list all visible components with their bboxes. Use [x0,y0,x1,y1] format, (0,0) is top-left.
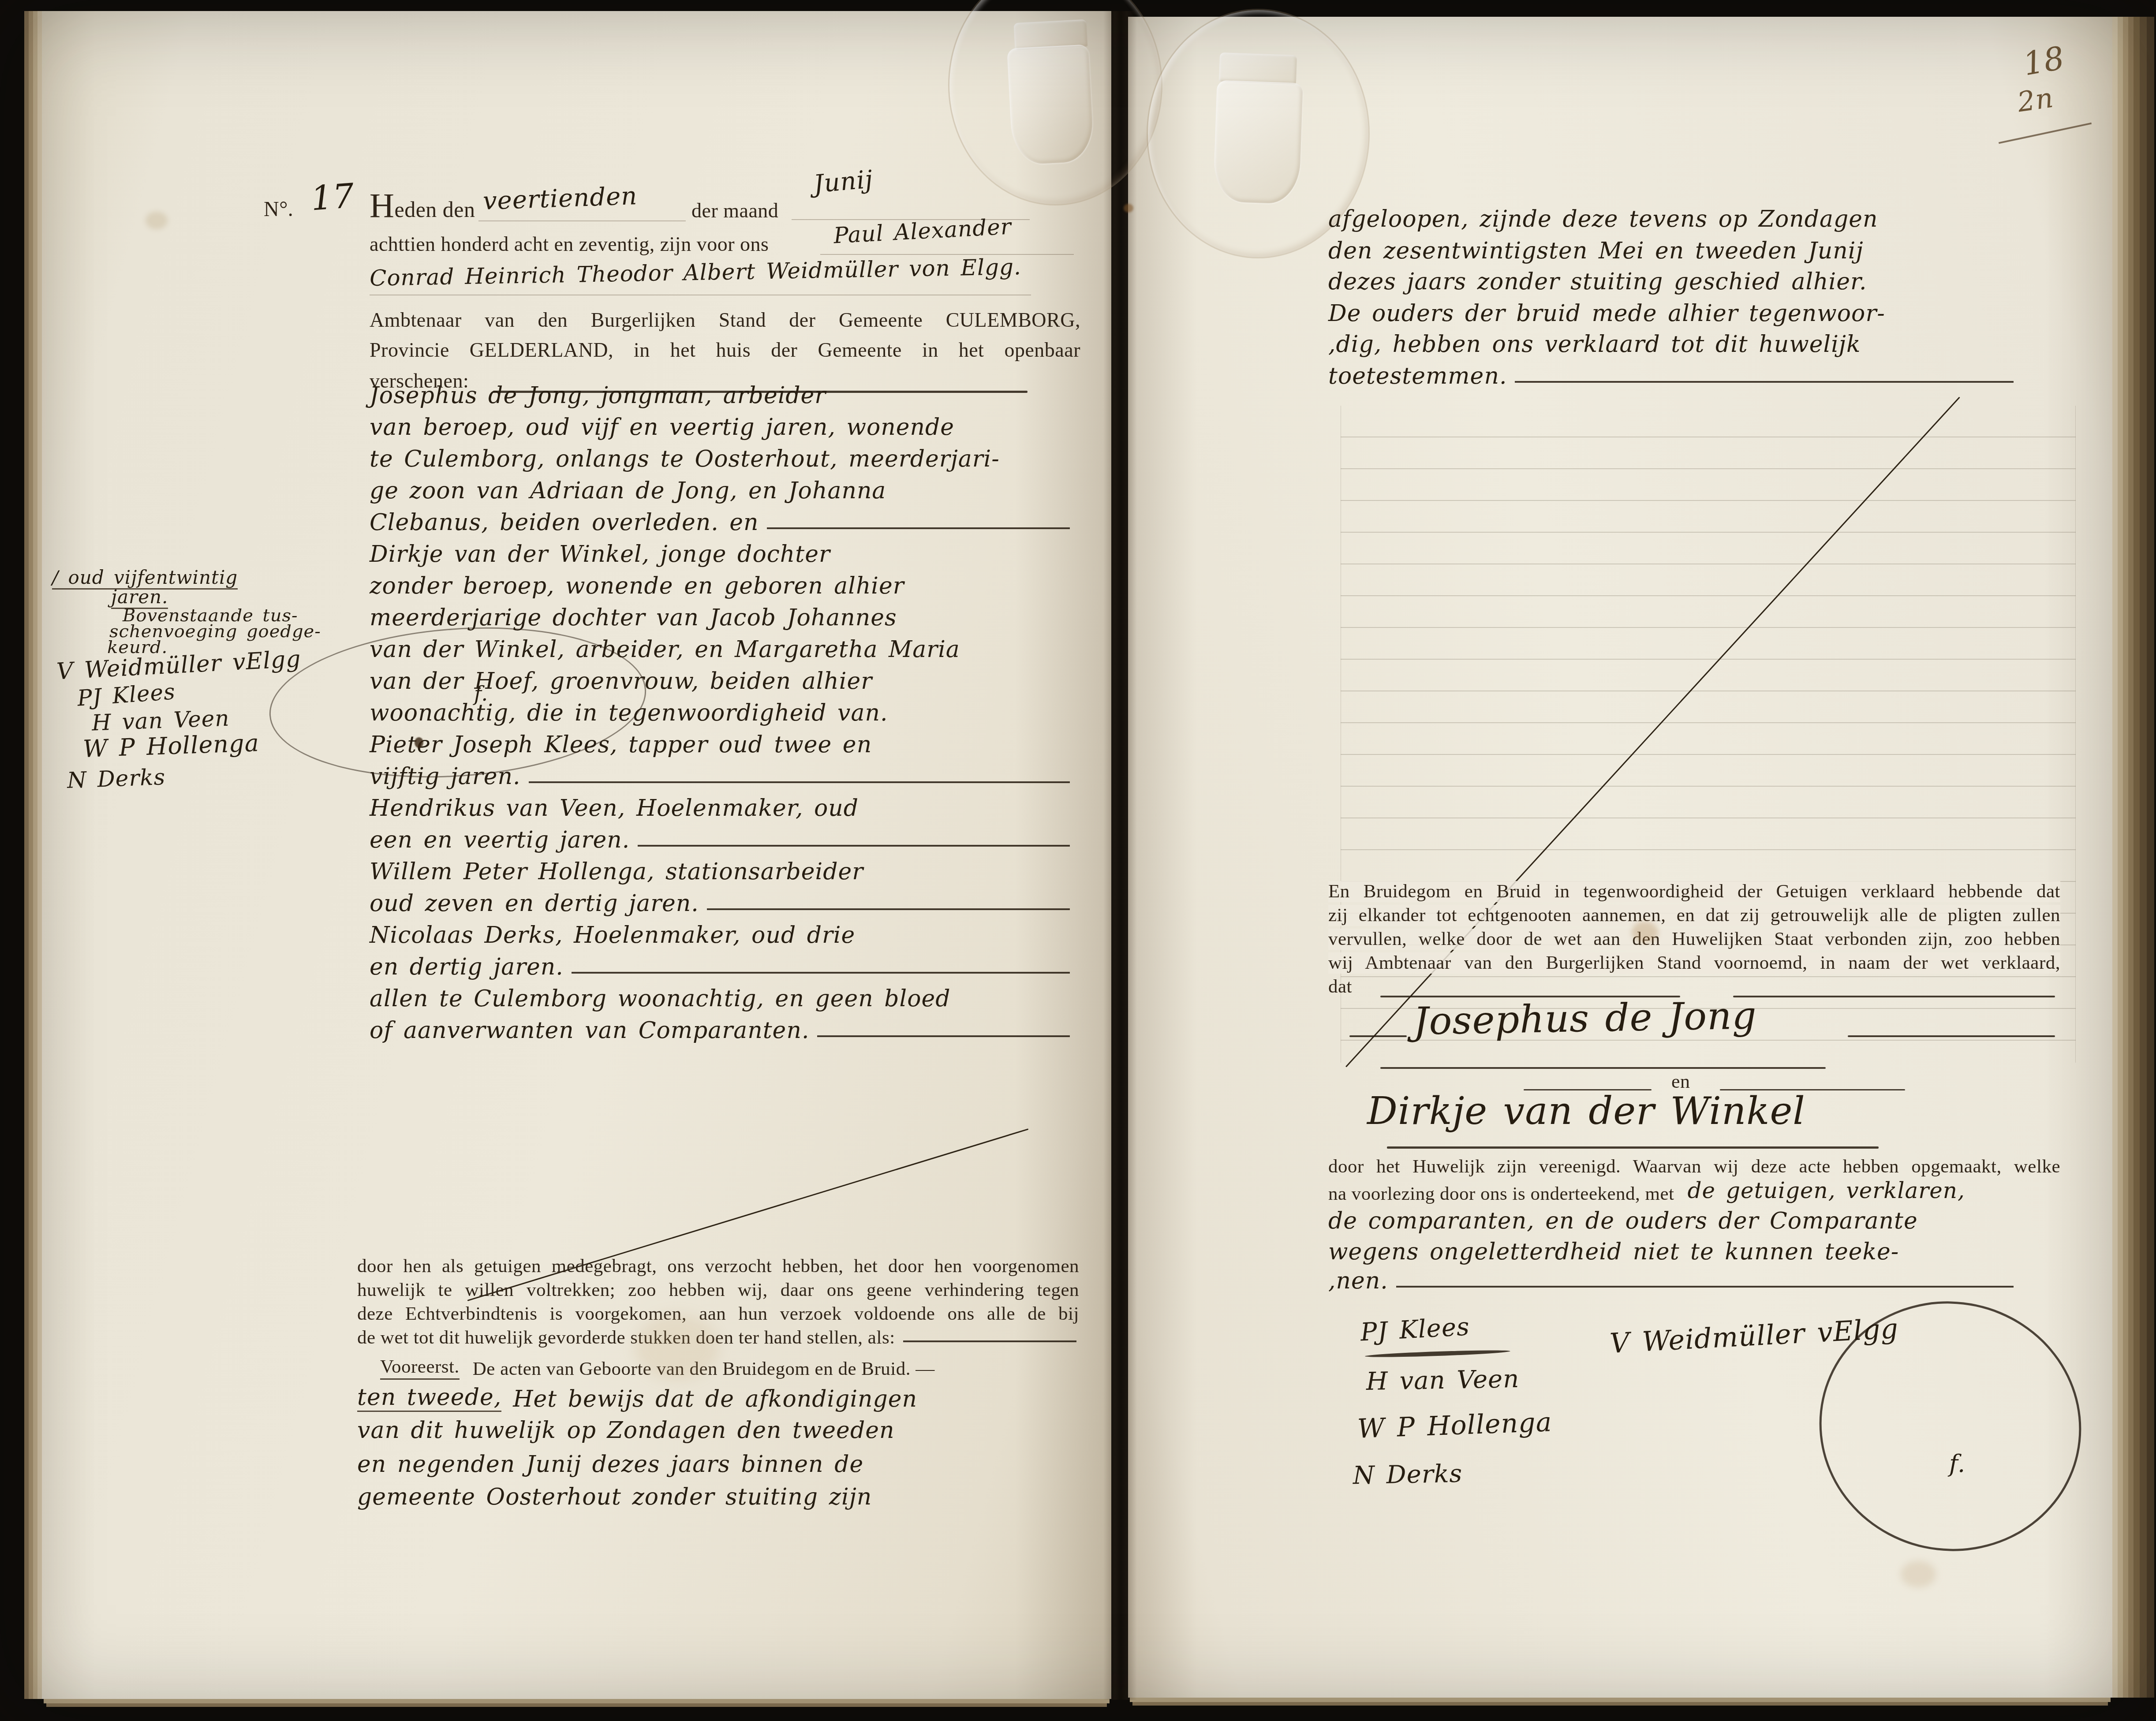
groom-line: Clebanus, beiden overleden. en [370,510,1072,535]
witness-signature: PJ Klees [1360,1314,1471,1347]
year-line-text: achttien honderd acht en zeventig, zijn … [370,233,769,256]
scanned-register-spread: N°. 17 Heden den veertienden der maand J… [0,0,2156,1721]
page-number: 18 [2021,40,2067,82]
closing-handwritten-line: de comparanten, en de ouders der Compara… [1328,1208,1918,1234]
witness-line: of aanverwanten van Comparanten. [370,1018,1072,1043]
ten-tweede-continuation: gemeente Oosterhout zonder stuiting zijn [357,1484,872,1510]
bride-line: zonder beroep, wonende en geboren alhier [370,573,1072,599]
margin-signature-witness: N Derks [67,765,166,793]
closing-handwritten-line: wegens ongeletterdheid niet te kunnen te… [1328,1239,1899,1265]
bride-name: Dirkje van der Winkel [1367,1090,1805,1132]
ink-rule [817,1035,1070,1037]
ten-tweede-continuation: en negenden Junij dezes jaars binnen de [357,1452,863,1477]
ink-rule [903,1340,1076,1342]
printed-line: deze Echtverbindtenis is voorgekomen, aa… [357,1303,1079,1325]
blank-baseline-rule [820,254,1074,255]
heden-den-text: Heden den [370,193,475,222]
printed-line: zij elkander tot echtgenooten aannemen, … [1328,905,2060,926]
blank-baseline-rule [370,295,1031,295]
printed-line: door hen als getuigen medegebragt, ons v… [357,1256,1079,1277]
right-top-line: den zesentwintigsten Mei en tweeden Juni… [1328,238,1864,264]
ink-rule [1349,1035,1407,1037]
ink-rule [638,845,1070,847]
witness-signature: W P Hollenga [1357,1407,1552,1444]
groom-line: ge zoon van Adriaan de Jong, en Johanna [370,478,1072,504]
printed-line: wij Ambtenaar van den Burgerlijken Stand… [1328,952,2060,974]
dat-label: dat [1328,976,1352,997]
witness-line: allen te Culemborg woonachtig, en geen b… [370,986,1072,1012]
closing-handwritten-line: ,nen. [1328,1268,2016,1294]
blank-baseline-rule [478,220,686,221]
embossed-shield-left [1007,44,1095,165]
ink-rule [1515,381,2014,383]
witness-line: Willem Peter Hollenga, stationsarbeider [370,859,1072,885]
ink-rule [767,527,1070,529]
ten-tweede-continuation: van dit huwelijk op Zondagen den tweeden [357,1418,894,1443]
ink-rule [1380,1067,1826,1069]
closing-mixed-line: na voorlezing door ons is onderteekend, … [1328,1180,1965,1205]
bride-line: Dirkje van der Winkel, jonge dochter [370,541,1072,567]
embossed-crown-right [1219,52,1297,84]
witness-line: en dertig jaren. [370,954,1072,980]
ink-rule [1387,1146,1879,1149]
groom-line: te Culemborg, onlangs te Oosterhout, mee… [370,446,1072,472]
ink-rule [1396,1286,2014,1288]
printed-line: En Bruidegom en Bruid in tegenwoordighei… [1328,881,2060,902]
witness-line: oud zeven en dertig jaren. [370,891,1072,916]
vooreerst-label: Vooreerst. [380,1356,460,1380]
handwritten-day: veertienden [482,183,638,216]
groom-line: van beroep, oud vijf en veertig jaren, w… [370,414,1072,440]
ink-rule [707,908,1070,910]
embossed-shield-right [1213,80,1303,205]
ink-rule [1733,996,2055,997]
witness-line: een en veertig jaren. [370,827,1072,853]
act-number-value: 17 [310,177,355,217]
printed-line: vervullen, welke door de wet aan den Huw… [1328,929,2060,950]
printed-line: de wet tot dit huwelijk gevorderde stukk… [357,1327,1079,1348]
right-top-line: afgeloopen, zijnde deze tevens op Zondag… [1328,206,1878,232]
der-maand-text: der maand [691,199,778,222]
groom-name: Josephus de Jong [1413,994,1757,1043]
bride-line: meerderjarige dochter van Jacob Johannes [370,605,1072,631]
right-top-line: De ouders der bruid mede alhier tegenwoo… [1328,301,1885,326]
printed-line: huwelijk te willen voltrekken; zoo hebbe… [357,1280,1079,1301]
ink-rule [1848,1035,2055,1037]
act-number-label: N°. [264,198,293,221]
right-top-line: dezes jaars zonder stuiting geschied alh… [1328,269,1867,295]
witness-line: Hendrikus van Veen, Hoelenmaker, oud [370,795,1072,821]
ten-tweede-label: ten tweede, [357,1385,501,1412]
witness-signature: N Derks [1353,1460,1462,1490]
ink-rule [572,972,1070,974]
page-corner-mark: 2n [2016,82,2055,118]
witness-line: Nicolaas Derks, Hoelenmaker, oud drie [370,922,1072,948]
ten-tweede-line: ten tweede, Het bewijs dat de afkondigin… [357,1385,917,1412]
official-flourish-mark: f. [1949,1451,1965,1477]
right-top-line: ,dig, hebben ons verklaard tot dit huwel… [1328,332,1861,357]
ink-rule [529,781,1070,783]
witness-signature: H van Veen [1366,1366,1519,1396]
margin-flourish-mark: f. [474,683,488,706]
provincie-line: Provincie GELDERLAND, in het huis der Ge… [370,339,1080,362]
groom-line: Josephus de Jong, jongman, arbeider [370,383,1072,408]
printed-line: door het Huwelijk zijn vereenigd. Waarva… [1328,1156,2060,1177]
vooreerst-line: Vooreerst. De acten van Geboorte van den… [380,1356,935,1380]
handwritten-month: Junij [813,166,874,198]
right-top-line: toetestemmen. [1328,363,2016,389]
ambtenaar-line: Ambtenaar van den Burgerlijken Stand der… [370,309,1080,332]
